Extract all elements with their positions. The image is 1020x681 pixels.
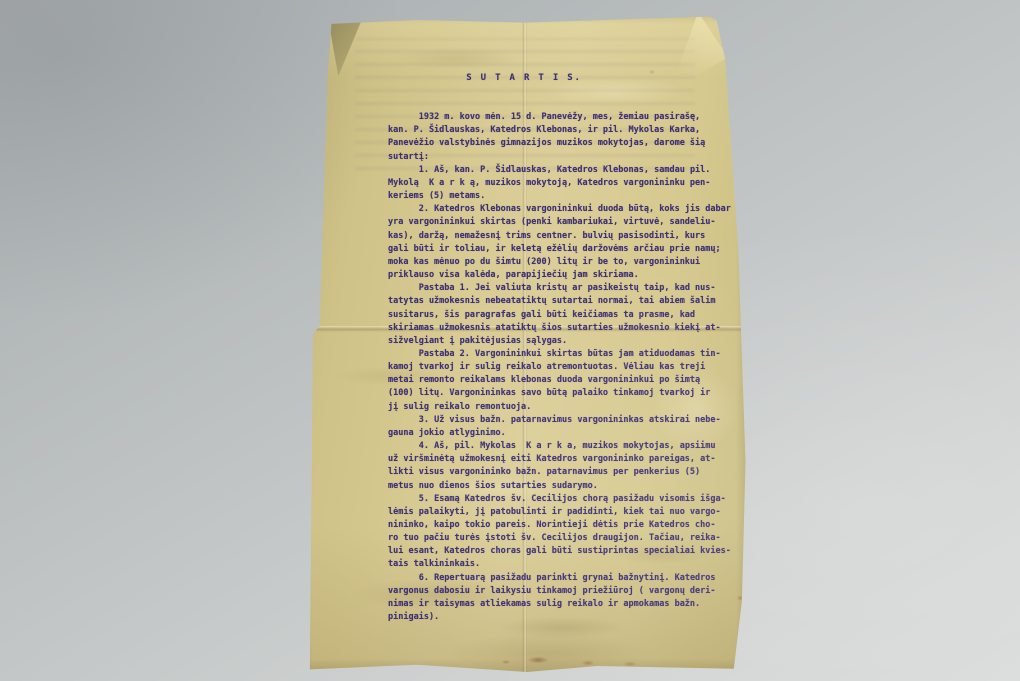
clause-4: 4. Aš, pil. Mykolas K a r k a, muzikos m…: [388, 440, 750, 493]
document-title: S U T A R T I S.: [343, 72, 705, 85]
clause-2: 2. Katedros Klebonas vargonininkui duoda…: [388, 203, 750, 282]
torn-corner-gap-top-left: [324, 14, 346, 38]
folded-corner-top-left: [326, 16, 370, 76]
clause-6: 6. Repertuarą pasižadu parinkti grynai b…: [388, 572, 750, 625]
preamble-paragraph: 1932 m. kovo mėn. 15 d. Panevėžy, mes, ž…: [388, 111, 750, 164]
paper-document: S U T A R T I S. 1932 m. kovo mėn. 15 d.…: [300, 12, 750, 674]
note-1: Pastaba 1. Jei valiuta kristų ar pasikei…: [388, 282, 750, 348]
typewritten-text: S U T A R T I S. 1932 m. kovo mėn. 15 d.…: [388, 72, 750, 624]
clause-1: 1. Aš, kan. P. Šidlauskas, Katedros Kleb…: [388, 164, 750, 203]
clause-3: 3. Už visus bažn. patarnavimus vargonini…: [388, 414, 750, 440]
note-2: Pastaba 2. Vargonininkui skirtas būtas j…: [388, 348, 750, 414]
clause-5: 5. Esamą Katedros šv. Cecilijos chorą pa…: [388, 493, 750, 572]
photo-background: S U T A R T I S. 1932 m. kovo mėn. 15 d.…: [0, 0, 1020, 681]
